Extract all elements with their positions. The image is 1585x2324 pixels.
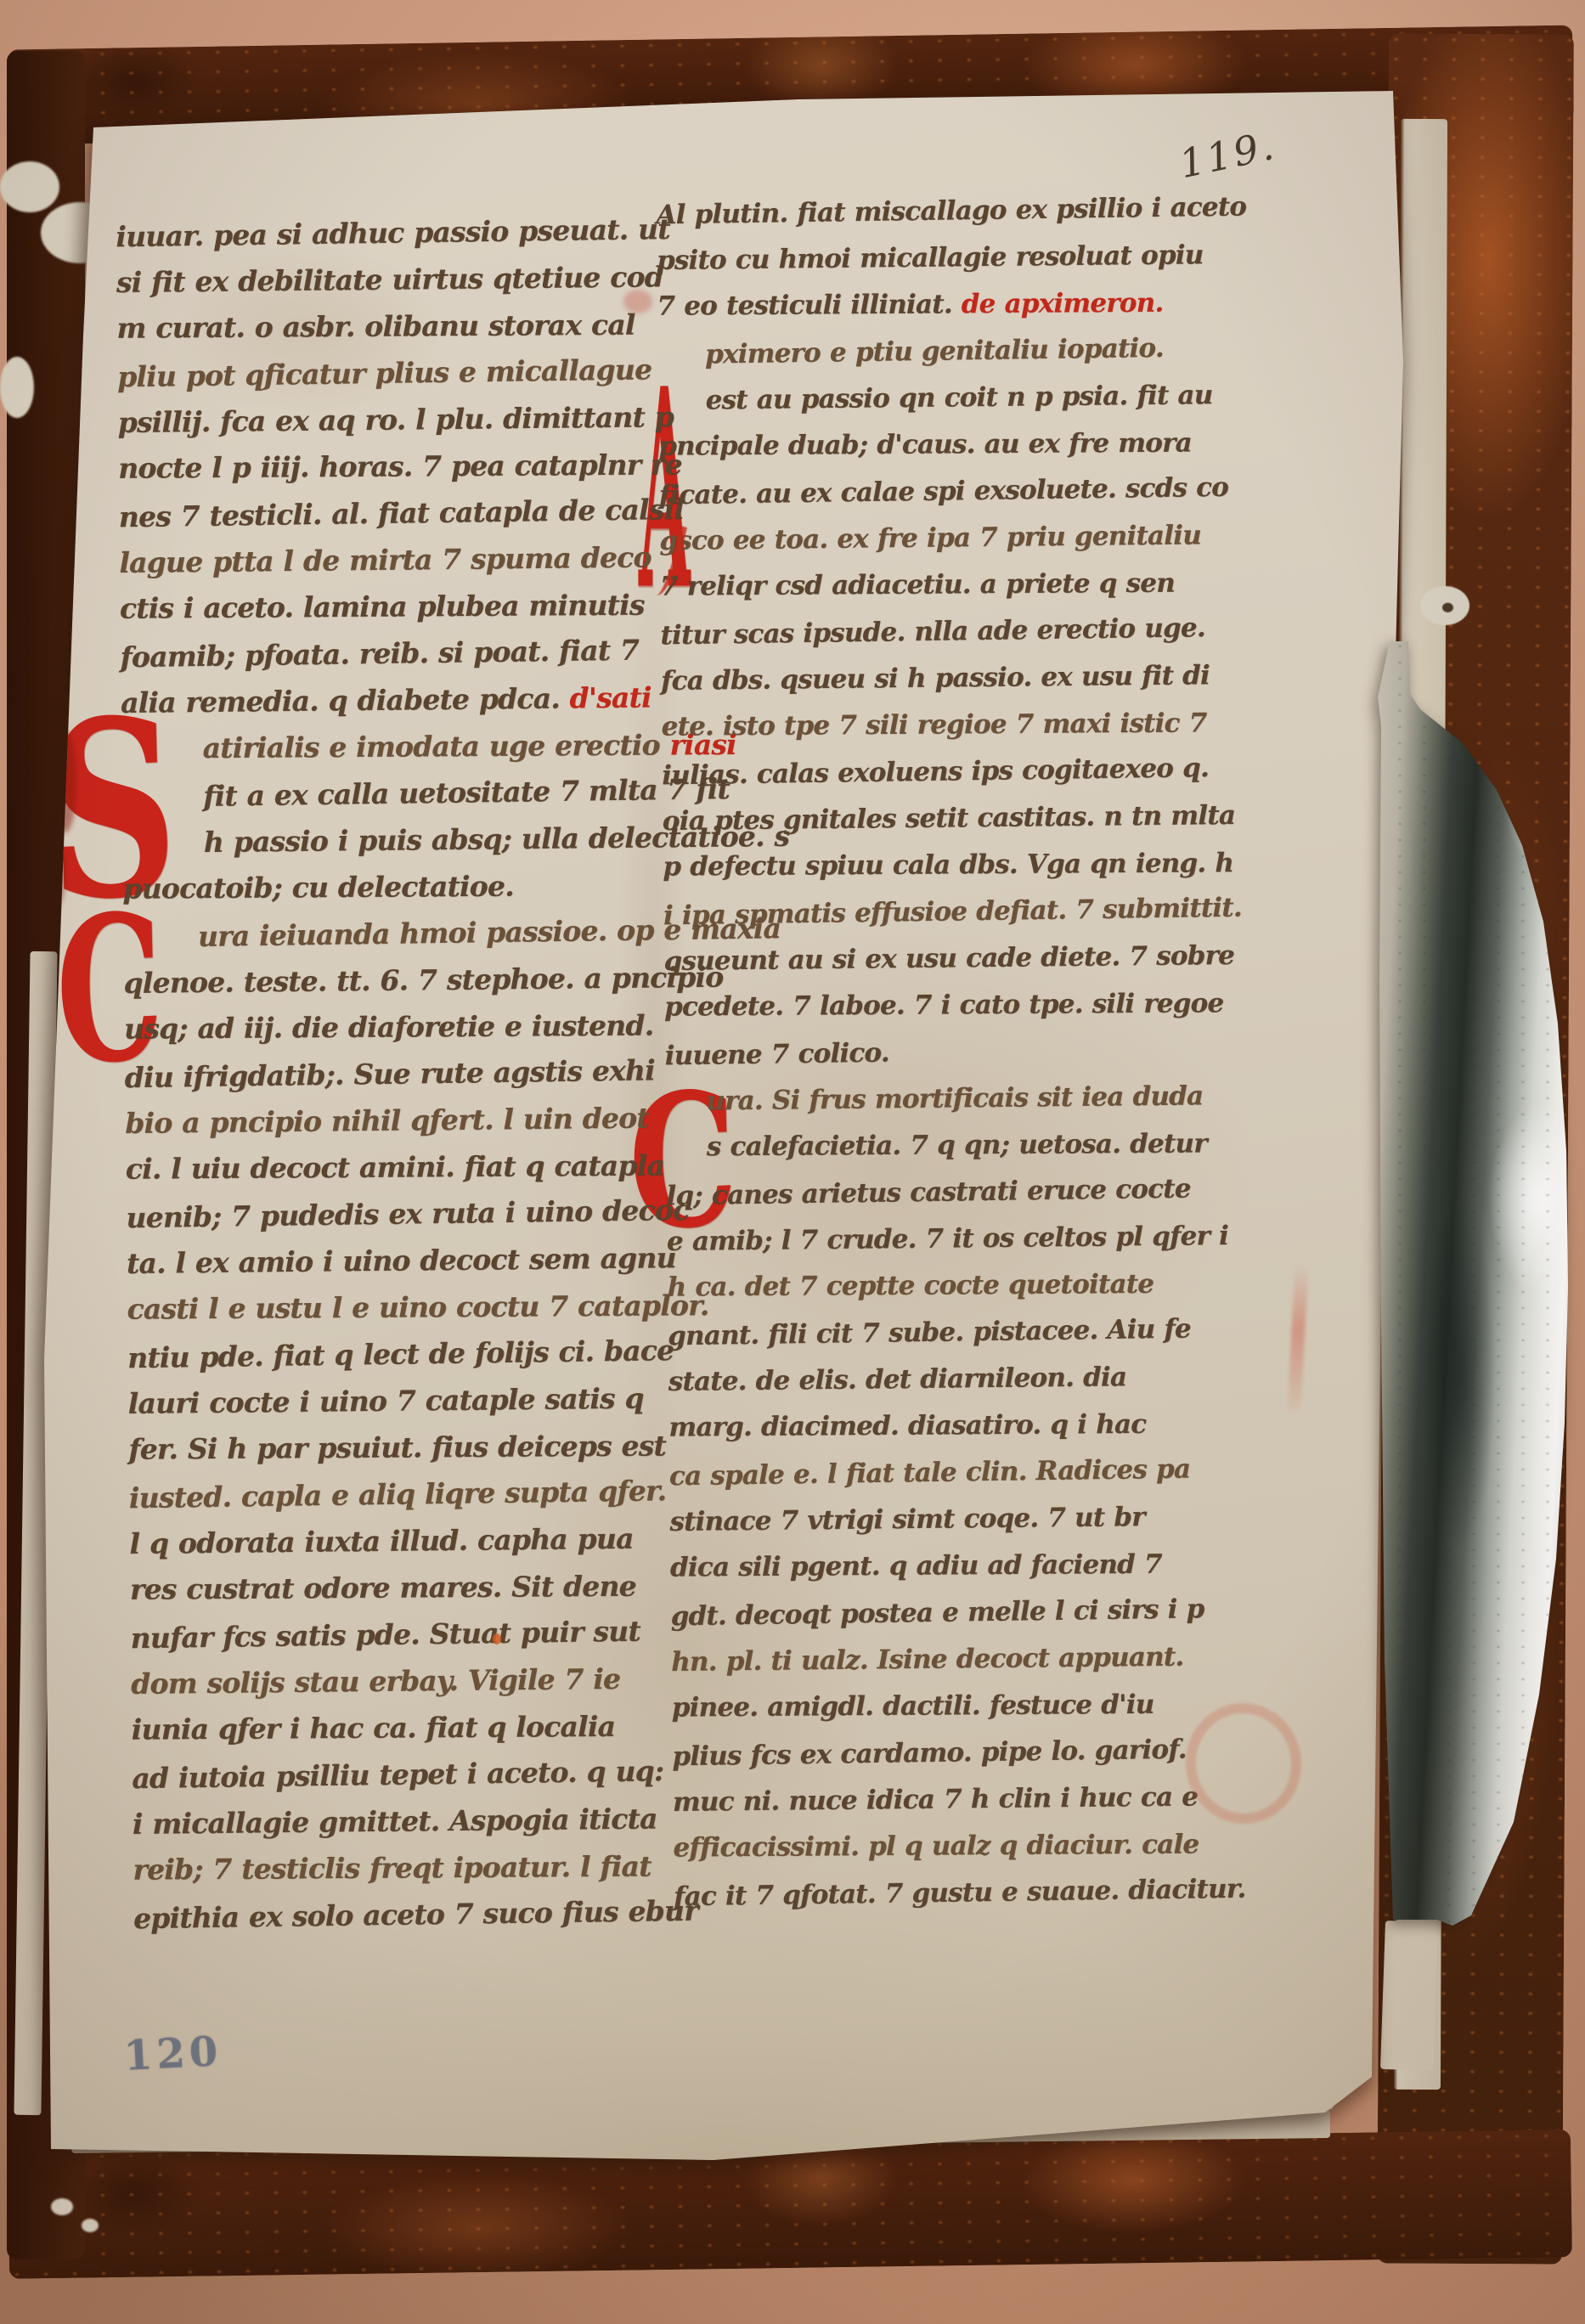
ink-text: l q odorata iuxta illud. capha pua	[129, 1522, 634, 1560]
ink-text: iunia qfer i hac ca. fiat q localia	[132, 1710, 616, 1746]
ink-text: fca dbs. qsueu si h passio. ex usu fit d…	[661, 660, 1210, 697]
text-line: s calefacietia. 7 q qn; uetosa. detur	[666, 1120, 1261, 1171]
text-line: epithia ex solo aceto 7 suco fius ebur	[133, 1887, 695, 1942]
text-line: iuuar. pea si adhuc passio pseuat. ut	[116, 206, 677, 260]
text-line: psito cu hmoi micallagie resoluat opiu	[657, 232, 1252, 285]
text-line: pcedete. 7 laboe. 7 i cato tpe. sili reg…	[664, 980, 1259, 1031]
text-line: qlenoe. teste. tt. 6. 7 stephoe. a pncip…	[123, 954, 685, 1007]
text-line: puocatoib; cu delectatioe.	[122, 861, 683, 911]
text-line: nufar fcs satis pde. Stuat puir sut	[130, 1607, 691, 1661]
ink-text: usq; ad iij. die diaforetie e iustend.	[124, 1009, 653, 1046]
ink-text: ci. l uiu decoct amini. fiat q catapla	[126, 1148, 664, 1185]
page-wrap: 119. 120 S C A C iuuar. pea si adhuc pas…	[34, 81, 1410, 2170]
text-line: iuuene 7 colico.	[664, 1024, 1260, 1080]
ink-text: hn. pl. ti ualz. Isine decoct appuant.	[671, 1642, 1184, 1678]
text-line: hn. pl. ti ualz. Isine decoct appuant.	[671, 1633, 1266, 1686]
ink-text: pcedete. 7 laboe. 7 i cato tpe. sili reg…	[664, 988, 1224, 1022]
ink-text: 7 eo testiculi illiniat.	[657, 289, 962, 321]
ink-text: alia remedia. q diabete pdca.	[121, 681, 570, 719]
text-line: efficacissimi. pl q ualz q diaciur. cale	[673, 1821, 1267, 1872]
corner-degradation-blob	[0, 357, 34, 418]
ink-text: efficacissimi. pl q ualz q diaciur. cale	[673, 1829, 1199, 1863]
text-line: qsueunt au si ex usu cade diete. 7 sobre	[663, 933, 1259, 985]
red-margin-streak	[1287, 1263, 1308, 1413]
text-line: ficate. au ex calae spi exsoluete. scds …	[658, 464, 1254, 519]
ink-text: dom solijs stau erbay. Vigile 7 ie	[131, 1662, 620, 1701]
red-smudge	[623, 290, 652, 313]
text-line: pximero e ptiu genitaliu iopatio.	[657, 324, 1253, 379]
ink-text: iulias. calas exoluens ips cogitaexeo q.	[662, 753, 1209, 791]
text-line: ctis i aceto. lamina plubea minutis	[120, 581, 680, 631]
text-line: m curat. o asbr. olibanu storax cal	[116, 301, 677, 351]
text-line: lague ptta l de mirta 7 spuma deco	[119, 533, 680, 586]
ink-text: uenib; 7 pudedis ex ruta i uino decoc	[126, 1193, 689, 1234]
ink-text: 7 reliqr csd adiacetiu. a priete q sen	[660, 568, 1175, 602]
text-line: reib; 7 testiclis freqt ipoatur. l fiat	[133, 1842, 693, 1892]
text-line: ci. l uiu decoct amini. fiat q catapla	[126, 1142, 686, 1192]
red-margin-smudge	[54, 730, 76, 832]
text-line: gsco ee toa. ex fre ipa 7 priu genitaliu	[659, 512, 1255, 565]
text-line: fit a ex calla uetositate 7 mlta 7 fit	[121, 766, 683, 821]
ink-text: psito cu hmoi micallagie resoluat opiu	[657, 240, 1204, 276]
ink-text: ficate. au ex calae spi exsoluete. scds …	[658, 472, 1228, 511]
red-margin-smudge	[49, 843, 66, 905]
text-line: ntiu pde. fiat q lect de folijs ci. bace	[127, 1327, 689, 1381]
ink-text: fac it 7 qfotat. 7 gustu e suaue. diacit…	[674, 1874, 1246, 1913]
ink-text: est au passio qn coit n p psia. fit au	[705, 380, 1212, 415]
ink-text: epithia ex solo aceto 7 suco fius ebur	[133, 1894, 698, 1936]
ink-text: iuuar. pea si adhuc passio pseuat. ut	[116, 212, 670, 253]
rubric-text: d'sati	[569, 680, 651, 714]
text-line: uenib; 7 pudedis ex ruta i uino decoc	[126, 1187, 687, 1241]
text-line: diu ifrigdatib;. Sue rute agstis exhi	[124, 1046, 685, 1101]
text-line: iunia qfer i hac ca. fiat q localia	[132, 1702, 692, 1752]
text-line: ete. isto tpe 7 sili regioe 7 maxi istic…	[661, 700, 1255, 751]
manuscript-photo: 119. 120 S C A C iuuar. pea si adhuc pas…	[0, 0, 1585, 2324]
ink-text: gnant. fili cit 7 sube. pistacee. Aiu fe	[668, 1313, 1191, 1351]
text-line: plius fcs ex cardamo. pipe lo. gariof.	[672, 1725, 1267, 1780]
ink-text: marg. diacimed. diasatiro. q i hac	[668, 1409, 1146, 1443]
ink-text: ad iutoia psilliu tepet i aceto. q uq:	[132, 1754, 664, 1795]
ink-text: diu ifrigdatib;. Sue rute agstis exhi	[124, 1053, 655, 1094]
ink-text: atirialis e imodata uge erectio	[202, 728, 669, 764]
text-line: dom solijs stau erbay. Vigile 7 ie	[131, 1655, 692, 1707]
ink-text: pliu pot qficatur plius e micallague	[117, 353, 652, 393]
ink-text: Al plutin. fiat miscallago ex psillio i …	[656, 191, 1246, 230]
rubric-text: de apximeron.	[962, 288, 1164, 320]
ink-text: ctis i aceto. lamina plubea minutis	[120, 589, 645, 625]
ink-text: pncipale duab; d'caus. au ex fre mora	[658, 427, 1192, 461]
text-line: nocte l p iiij. horas. 7 pea cataplnr re	[118, 441, 679, 491]
text-line: state. de elis. det diarnileon. dia	[668, 1353, 1263, 1406]
text-line: e amib; l 7 crude. 7 it os celtos pl qfe…	[667, 1213, 1262, 1266]
text-line: lq; canes arietus castrati eruce cocte	[666, 1165, 1261, 1220]
text-line: titur scas ipsude. nlla ade erectio uge.	[660, 604, 1255, 659]
text-line: ura. Si frus mortificais sit iea duda	[665, 1073, 1261, 1125]
text-line: atirialis e imodata uge erectio riasi	[121, 721, 681, 771]
text-line: pliu pot qficatur plius e micallague	[117, 346, 679, 400]
ink-text: p defectu spiuu cala dbs. Vga qn ieng. h	[663, 848, 1233, 882]
text-line: nes 7 testicli. al. fiat catapla de cals…	[118, 486, 680, 540]
ink-text: lauri cocte i uino 7 cataple satis q	[127, 1382, 643, 1420]
metal-clasp	[1369, 641, 1585, 1971]
text-column-left: iuuar. pea si adhuc passio pseuat. utsi …	[116, 206, 694, 1941]
ink-text: foamib; pfoata. reib. si poat. fiat 7	[120, 634, 639, 674]
text-line: stinace 7 vtrigi simt coqe. 7 ut br	[669, 1493, 1265, 1546]
text-line: pinee. amigdl. dactili. festuce d'iu	[672, 1681, 1266, 1732]
text-line: 7 eo testiculi illiniat. de apximeron.	[657, 279, 1251, 330]
text-line: l q odorata iuxta illud. capha pua	[129, 1515, 691, 1567]
text-line: dica sili pgent. q adiu ad faciend 7	[670, 1541, 1265, 1592]
text-line: iusted. capla e aliq liqre supta qfer.	[128, 1467, 690, 1521]
ink-text: nes 7 testicli. al. fiat catapla de cals…	[118, 493, 684, 534]
text-line: 7 reliqr csd adiacetiu. a priete q sen	[660, 560, 1255, 611]
ink-text: i micallagie gmittet. Aspogia iticta	[133, 1802, 657, 1840]
ink-text: qsueunt au si ex usu cade diete. 7 sobre	[663, 940, 1234, 977]
text-line: casti l e ustu l e uino coctu 7 cataplor…	[127, 1282, 687, 1332]
ink-text: si fit ex debilitate uirtus qtetiue cod	[116, 260, 663, 299]
text-line: ca spale e. l fiat tale clin. Radices pa	[668, 1445, 1264, 1500]
ink-text: fit a ex calla uetositate 7 mlta 7 fit	[203, 772, 730, 813]
ink-text: ntiu pde. fiat q lect de folijs ci. bace	[127, 1334, 674, 1374]
text-line: psillij. fca ex aq ro. l plu. dimittant …	[117, 393, 679, 446]
ink-text: pinee. amigdl. dactili. festuce d'iu	[672, 1689, 1154, 1723]
ink-text: pximero e ptiu genitaliu iopatio.	[705, 333, 1164, 370]
ink-text: gdt. decoqt postea e melle l ci sirs i p	[670, 1594, 1204, 1632]
text-line: bio a pncipio nihil qfert. l uin deot	[125, 1094, 686, 1147]
ink-text: oia ptes gnitales setit castitas. n tn m…	[663, 800, 1236, 837]
text-line: fca dbs. qsueu si h passio. ex usu fit d…	[661, 652, 1256, 705]
text-line: si fit ex debilitate uirtus qtetiue cod	[116, 253, 678, 306]
ink-text: nocte l p iiij. horas. 7 pea cataplnr re	[118, 448, 682, 484]
text-line: foamib; pfoata. reib. si poat. fiat 7	[120, 626, 681, 680]
ink-text: lague ptta l de mirta 7 spuma deco	[119, 540, 651, 579]
folio-number: 119.	[1176, 122, 1280, 188]
ink-text: casti l e ustu l e uino coctu 7 cataplor…	[127, 1289, 708, 1326]
ink-text: qlenoe. teste. tt. 6. 7 stephoe. a pncip…	[123, 961, 723, 1000]
text-line: usq; ad iij. die diaforetie e iustend.	[124, 1001, 685, 1052]
text-line: i micallagie gmittet. Aspogia iticta	[133, 1795, 694, 1847]
ink-text: psillij. fca ex aq ro. l plu. dimittant …	[117, 400, 674, 439]
text-line: ta. l ex amio i uino decoct sem agnu	[127, 1234, 688, 1287]
ink-text: titur scas ipsude. nlla ade erectio uge.	[660, 612, 1205, 651]
text-line: p defectu spiuu cala dbs. Vga qn ieng. h	[663, 840, 1257, 891]
text-line: marg. diacimed. diasatiro. q i hac	[668, 1401, 1263, 1452]
ink-text: ca spale e. l fiat tale clin. Radices pa	[669, 1453, 1191, 1492]
corner-degradation-blob	[51, 2198, 73, 2215]
ink-text: res custrat odore mares. Sit dene	[130, 1570, 636, 1606]
ink-text: muc ni. nuce idica 7 h clin i huc ca e	[673, 1781, 1199, 1817]
ink-text: plius fcs ex cardamo. pipe lo. gariof.	[672, 1735, 1187, 1773]
ink-text: h ca. det 7 ceptte cocte quetoitate	[667, 1269, 1153, 1303]
ink-text: state. de elis. det diarnileon. dia	[668, 1362, 1126, 1397]
ink-text: puocatoib; cu delectatioe.	[122, 870, 514, 905]
text-line: pncipale duab; d'caus. au ex fre mora	[658, 420, 1253, 471]
metal-clasp-wrap	[1369, 641, 1585, 1971]
text-line: fer. Si h par psuiut. fius deiceps est	[128, 1422, 689, 1472]
text-line: oia ptes gnitales setit castitas. n tn m…	[662, 793, 1257, 845]
ink-text: lq; canes arietus castrati eruce cocte	[666, 1173, 1191, 1211]
ink-text: s calefacietia. 7 q qn; uetosa. detur	[707, 1128, 1207, 1162]
ink-text: iusted. capla e aliq liqre supta qfer.	[129, 1474, 667, 1515]
text-line: ura ieiuanda hmoi passioe. op e maxia	[123, 906, 685, 961]
ink-text: nufar fcs satis pde. Stuat puir sut	[130, 1615, 640, 1656]
text-line: iulias. calas exoluens ips cogitaexeo q.	[662, 744, 1257, 799]
binding-rivet	[1420, 586, 1469, 625]
manuscript-page: 119. 120 S C A C iuuar. pea si adhuc pas…	[34, 81, 1410, 2170]
text-line: est au passio qn coit n p psia. fit au	[657, 372, 1253, 425]
corner-degradation-blob	[82, 2219, 99, 2232]
text-line: h passio i puis absq; ulla delectatioe. …	[121, 814, 683, 866]
ink-text: ete. isto tpe 7 sili regioe 7 maxi istic…	[661, 708, 1206, 742]
text-line: alia remedia. q diabete pdca. d'sati	[121, 674, 682, 726]
text-line: h ca. det 7 ceptte cocte quetoitate	[667, 1261, 1261, 1311]
ink-text: m curat. o asbr. olibanu storax cal	[116, 308, 635, 345]
ink-text: e amib; l 7 crude. 7 it os celtos pl qfe…	[667, 1221, 1228, 1257]
text-column-right: Al plutin. fiat miscallago ex psillio i …	[656, 185, 1268, 1920]
ink-text: gsco ee toa. ex fre ipa 7 priu genitaliu	[659, 520, 1201, 556]
library-stamp-number: 120	[123, 2028, 223, 2080]
text-line: res custrat odore mares. Sit dene	[130, 1562, 691, 1612]
text-line: muc ni. nuce idica 7 h clin i huc ca e	[673, 1774, 1268, 1826]
text-line: ad iutoia psilliu tepet i aceto. q uq:	[132, 1747, 693, 1802]
ink-text: dica sili pgent. q adiu ad faciend 7	[670, 1549, 1162, 1583]
ink-text: iuuene 7 colico.	[664, 1038, 889, 1072]
ink-text: ura. Si frus mortificais sit iea duda	[706, 1080, 1203, 1116]
ink-text: ta. l ex amio i uino decoct sem agnu	[127, 1241, 676, 1280]
text-line: gnant. fili cit 7 sube. pistacee. Aiu fe	[668, 1305, 1263, 1360]
ink-text: bio a pncipio nihil qfert. l uin deot	[125, 1101, 649, 1139]
ink-text: reib; 7 testiclis freqt ipoatur. l fiat	[133, 1850, 651, 1887]
text-line: fac it 7 qfotat. 7 gustu e suaue. diacit…	[674, 1865, 1269, 1921]
text-line: gdt. decoqt postea e melle l ci sirs i p	[670, 1585, 1266, 1640]
text-line: Al plutin. fiat miscallago ex psillio i …	[656, 183, 1251, 239]
ink-text: stinace 7 vtrigi simt coqe. 7 ut br	[669, 1502, 1145, 1537]
orange-ink-fleck	[493, 1633, 501, 1644]
ink-text: i ipa spmatis effusioe defiat. 7 submitt…	[663, 893, 1242, 932]
text-line: i ipa spmatis effusioe defiat. 7 submitt…	[663, 884, 1259, 939]
ink-text: fer. Si h par psuiut. fius deiceps est	[128, 1429, 666, 1465]
text-line: lauri cocte i uino 7 cataple satis q	[127, 1374, 689, 1427]
